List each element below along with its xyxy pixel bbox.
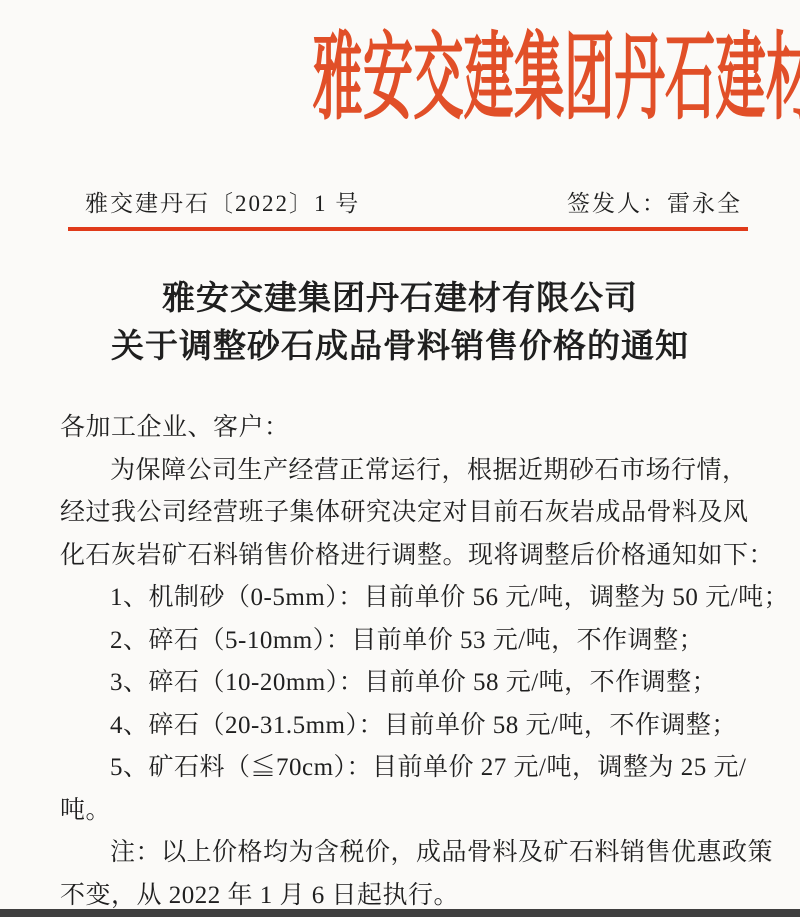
body-line: 化石灰岩矿石料销售价格进行调整。现将调整后价格通知如下： (60, 535, 754, 578)
letterhead: 雅安交建集团丹石建材有限公司 (0, 18, 800, 138)
issuer-name: 雷永全 (667, 191, 742, 216)
document-page: 雅安交建集团丹石建材有限公司 雅交建丹石〔2022〕1 号 签发人：雷永全 雅安… (0, 0, 800, 917)
body-line: 为保障公司生产经营正常运行，根据近期砂石市场行情， (60, 450, 754, 493)
list-item-line: 4、碎石（20-31.5mm）：目前单价 58 元/吨，不作调整； (60, 705, 754, 748)
notice-title-line2: 关于调整砂石成品骨料销售价格的通知 (0, 323, 800, 371)
list-item-line: 1、机制砂（0-5mm）：目前单价 56 元/吨，调整为 50 元/吨； (60, 577, 754, 620)
body-line: 经过我公司经营班子集体研究决定对目前石灰岩成品骨料及风 (60, 492, 754, 535)
list-item-line: 5、矿石料（≦70cm）：目前单价 27 元/吨，调整为 25 元/ (60, 747, 754, 790)
letterhead-company-name: 雅安交建集团丹石建材有限公司 (313, 18, 800, 138)
notice-title: 雅安交建集团丹石建材有限公司 关于调整砂石成品骨料销售价格的通知 (0, 275, 800, 371)
doc-meta-row: 雅交建丹石〔2022〕1 号 签发人：雷永全 (0, 190, 800, 218)
issuer: 签发人：雷永全 (567, 190, 742, 218)
list-item-line: 吨。 (60, 790, 754, 833)
issuer-label: 签发人： (567, 191, 667, 216)
notice-body: 各加工企业、客户： 为保障公司生产经营正常运行，根据近期砂石市场行情， 经过我公… (0, 407, 800, 917)
salutation: 各加工企业、客户： (60, 407, 754, 450)
note-line: 注：以上价格均为含税价，成品骨料及矿石料销售优惠政策 (60, 832, 754, 875)
doc-number: 雅交建丹石〔2022〕1 号 (85, 190, 360, 218)
red-divider-line (68, 227, 748, 231)
list-item-line: 3、碎石（10-20mm）：目前单价 58 元/吨，不作调整； (60, 662, 754, 705)
scan-edge-bar (0, 909, 800, 917)
notice-title-line1: 雅安交建集团丹石建材有限公司 (0, 275, 800, 323)
list-item-line: 2、碎石（5-10mm）：目前单价 53 元/吨，不作调整； (60, 620, 754, 663)
